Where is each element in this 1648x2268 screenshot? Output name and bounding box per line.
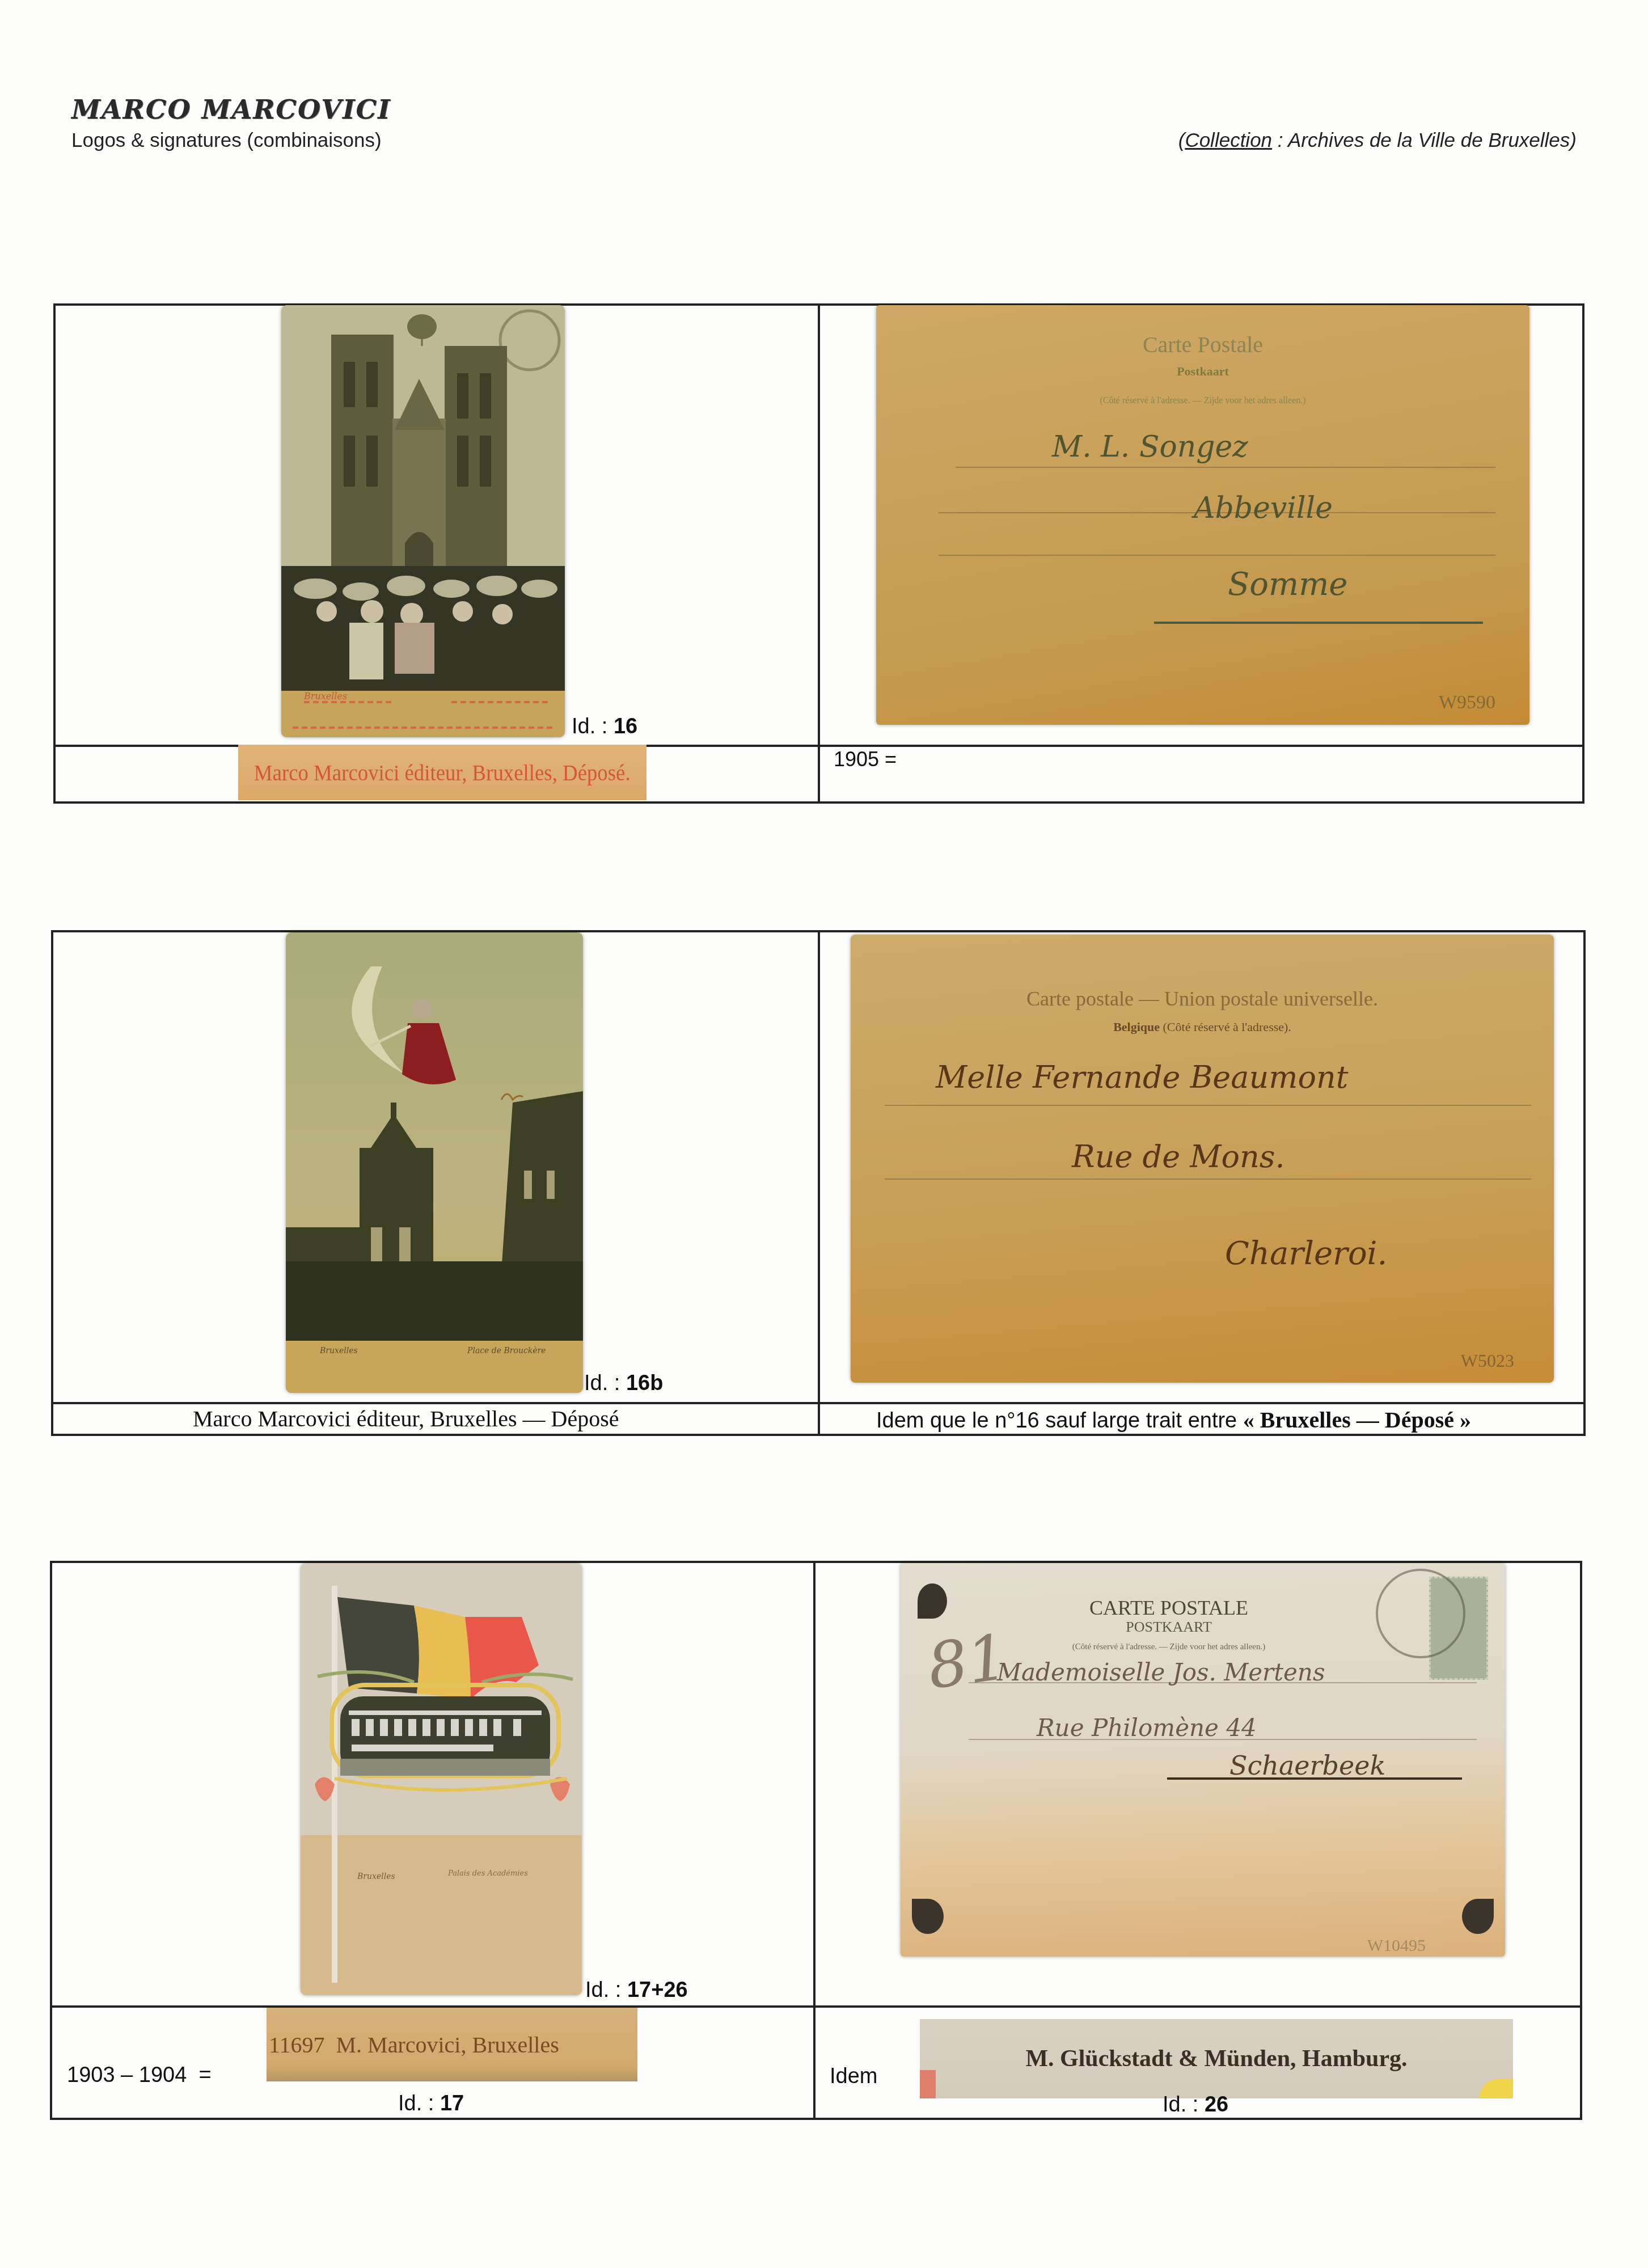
front-caption: Bruxelles	[304, 691, 347, 702]
flag-color-fragment-yellow	[1479, 2079, 1513, 2098]
page-subtitle: Logos & signatures (combinaisons)	[71, 129, 382, 152]
cathedral-illustration	[281, 305, 565, 737]
back-subheading: Postkaart	[876, 364, 1529, 379]
signature-text-16b: Marco Marcovici éditeur, Bruxelles — Dép…	[193, 1405, 619, 1432]
flag-academies-illustration	[301, 1563, 582, 1995]
front-caption-right: Palais des Académies	[448, 1869, 528, 1878]
front-caption-left: Bruxelles	[320, 1346, 358, 1355]
id-label-16: Id. : 16	[572, 715, 637, 739]
idem-text-26: Idem	[830, 2064, 877, 2089]
collection-label: Collection	[1185, 129, 1272, 151]
signature-strip-17: 11697 M. Marcovici, Bruxelles	[267, 2008, 637, 2081]
address-line-2: Abbeville	[1194, 491, 1333, 525]
postcard-back-16: Carte Postale Postkaart (Côté réservé à …	[876, 305, 1529, 725]
page-title: MARCO MARCOVICI	[71, 94, 391, 125]
moon-lady-illustration	[286, 932, 583, 1393]
collection-credit: (Collection : Archives de la Ville de Br…	[1178, 129, 1577, 152]
signature-strip-26: M. Glückstadt & Münden, Hamburg.	[920, 2019, 1513, 2098]
address-line-3: Charleroi.	[1225, 1235, 1387, 1272]
id-label-26: Id. : 26	[1163, 2093, 1228, 2117]
back-heading: Carte postale — Union postale universell…	[851, 987, 1554, 1011]
date-range-text-17: 1903 – 1904 =	[67, 2063, 212, 2088]
address-line-3: Somme	[1228, 566, 1347, 603]
front-caption-left: Bruxelles	[357, 1872, 395, 1881]
archive-ref: W10495	[1367, 1936, 1426, 1956]
postcard-front-17-26: Bruxelles Palais des Académies	[301, 1563, 582, 1995]
postmark	[1376, 1569, 1465, 1658]
postcard-front-16: Bruxelles	[281, 305, 565, 737]
archive-ref: W9590	[1439, 692, 1495, 713]
back-heading: Carte Postale	[876, 331, 1529, 358]
date-text-16: 1905 =	[834, 747, 897, 771]
address-line-1: M. L. Songez	[1052, 430, 1248, 464]
address-line-2: Rue de Mons.	[1072, 1139, 1285, 1175]
archive-ref: W5023	[1461, 1350, 1514, 1371]
address-line-1: Mademoiselle Jos. Mertens	[997, 1658, 1325, 1686]
id-label-17: Id. : 17	[398, 2092, 464, 2116]
postcard-back-17-26: CARTE POSTALE POSTKAART (Côté réservé à …	[901, 1563, 1505, 1957]
corner-ornament-bottom-left	[912, 1899, 944, 1934]
signature-strip-16: Marco Marcovici éditeur, Bruxelles, Dépo…	[238, 745, 646, 800]
front-caption-right: Place de Brouckère	[467, 1346, 546, 1355]
back-subheading: Belgique (Côté réservé à l'adresse).	[851, 1020, 1554, 1034]
comparison-text-16b: Idem que le n°16 sauf large trait entre …	[876, 1407, 1471, 1433]
address-line-2: Rue Philomène 44	[1037, 1714, 1257, 1742]
corner-ornament-bottom-right	[1462, 1899, 1494, 1934]
postcard-back-16b: Carte postale — Union postale universell…	[851, 935, 1554, 1383]
id-label-17-26: Id. : 17+26	[585, 1978, 688, 2003]
id-label-16b: Id. : 16b	[584, 1371, 663, 1396]
back-note: (Côté réservé à l'adresse. — Zijde voor …	[876, 396, 1529, 406]
corner-ornament-top-left	[918, 1583, 947, 1619]
flag-color-fragment-red	[920, 2070, 936, 2098]
address-line-1: Melle Fernande Beaumont	[936, 1059, 1348, 1095]
address-line-3: Schaerbeek	[1229, 1750, 1385, 1781]
postcard-front-16b: Bruxelles Place de Brouckère	[286, 932, 583, 1393]
